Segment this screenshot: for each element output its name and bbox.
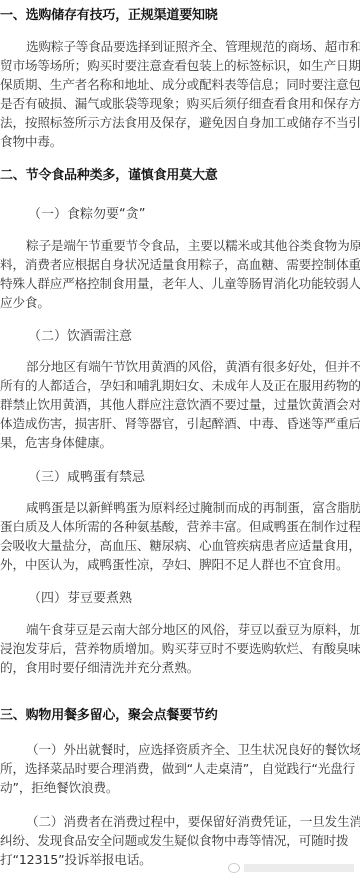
watermark-blurred-text <box>244 864 354 872</box>
paragraph-line: 会吸收大量盐分，高血压、糖尿病、心血管疾病患者应适量食用，另 <box>0 536 360 555</box>
paragraph-line: 群禁止饮用黄酒，其他人群应注意饮酒不要过量，过量饮黄酒会对身 <box>0 395 360 414</box>
section-3-item-1: （一）外出就餐时，应选择资质齐全、卫生状况良好的餐饮场 所，选择菜品时要合理消费… <box>0 740 360 797</box>
paragraph-line: 是否有破损、漏气或胀袋等现象；购买后须仔细查看食用和保存方 <box>0 94 360 113</box>
paragraph-line: 体造成伤害，损害肝、肾等器官，引起醉酒、中毒、昏迷等严重后 <box>0 414 360 433</box>
subsection-title-alcohol: （二）饮酒需注意 <box>28 325 132 344</box>
paragraph-line: （一）外出就餐时，应选择资质齐全、卫生状况良好的餐饮场 <box>0 740 360 759</box>
section-1-paragraph: 选购粽子等食品要选择到证照齐全、管理规范的商场、超市和农 贸市场等场所；购买时要… <box>0 37 360 151</box>
subsection-paragraph-zongzi: 粽子是端午节重要节令食品，主要以糯米或其他谷类食物为原 料，消费者应根据自身状况… <box>0 236 360 312</box>
paragraph-line: 食物中毒。 <box>0 132 360 151</box>
paragraph-line: 粽子是端午节重要节令食品，主要以糯米或其他谷类食物为原 <box>0 236 360 255</box>
paragraph-line: 特殊人群应严格控制食用量，老年人、儿童等肠胃消化功能较弱人群 <box>0 274 360 293</box>
paragraph-line: 保质期、生产者名称和地址、成分或配料表等信息；同时要注意包装 <box>0 75 360 94</box>
paragraph-line: 所，选择菜品时要合理消费，做到“人走桌清”，自觉践行“光盘行 <box>0 759 360 778</box>
section-heading-1: 一、选购储存有技巧，正规渠道要知晓 <box>0 4 218 23</box>
paragraph-line: 选购粽子等食品要选择到证照齐全、管理规范的商场、超市和农 <box>0 37 360 56</box>
paragraph-line: 贸市场等场所；购买时要注意查看包装上的标签标识，如生产日期、 <box>0 56 360 75</box>
paragraph-line: 应少食。 <box>0 293 360 312</box>
subsection-title-zongzi: （一）食粽勿要“贪” <box>28 203 145 222</box>
paragraph-line: 咸鸭蛋是以新鲜鸭蛋为原料经过腌制而成的再制蛋，富含脂肪、 <box>0 498 360 517</box>
paragraph-line: 料，消费者应根据自身状况适量食用粽子，高血糖、需要控制体重等 <box>0 255 360 274</box>
section-3-item-2: （二）消费者在消费过程中，要保留好消费凭证，一旦发生消费 纠纷、发现食品安全问题… <box>0 812 360 869</box>
paragraph-line: （二）消费者在消费过程中，要保留好消费凭证，一旦发生消费 <box>0 812 360 831</box>
subsection-title-sprouted-beans: （四）芽豆要煮熟 <box>28 587 132 606</box>
section-heading-3: 三、购物用餐多留心，聚会点餐要节约 <box>0 704 218 723</box>
subsection-paragraph-alcohol: 部分地区有端午节饮用黄酒的风俗，黄酒有很多好处，但并不是 所有的人都适合，孕妇和… <box>0 357 360 452</box>
subsection-title-salted-egg: （三）咸鸭蛋有禁忌 <box>28 466 145 485</box>
paragraph-line: 部分地区有端午节饮用黄酒的风俗，黄酒有很多好处，但并不是 <box>0 357 360 376</box>
paragraph-line: 所有的人都适合，孕妇和哺乳期妇女、未成年人及正在服用药物的人 <box>0 376 360 395</box>
weibo-logo-icon <box>228 863 240 873</box>
paragraph-line: 浸泡发芽后，营养物质增加。购买芽豆时不要选购软烂、有酸臭味 <box>0 639 360 658</box>
paragraph-line: 外，中医认为，咸鸭蛋性凉，孕妇、脾阳不足人群也不宜食用。 <box>0 555 360 574</box>
section-heading-2: 二、节令食品种类多，谨慎食用莫大意 <box>0 164 218 183</box>
paragraph-line: 端午食芽豆是云南大部分地区的风俗，芽豆以蚕豆为原料，加水 <box>0 620 360 639</box>
paragraph-line: 动”，拒绝餐饮浪费。 <box>0 778 360 797</box>
subsection-paragraph-salted-egg: 咸鸭蛋是以新鲜鸭蛋为原料经过腌制而成的再制蛋，富含脂肪、 蛋白质及人体所需的各种… <box>0 498 360 574</box>
subsection-paragraph-sprouted-beans: 端午食芽豆是云南大部分地区的风俗，芽豆以蚕豆为原料，加水 浸泡发芽后，营养物质增… <box>0 620 360 677</box>
paragraph-line: 的，食用时要仔细清洗并充分煮熟。 <box>0 658 360 677</box>
paragraph-line: 果，危害身体健康。 <box>0 433 360 452</box>
paragraph-line: 纠纷、发现食品安全问题或发生疑似食物中毒等情况，可随时拨 <box>0 831 360 850</box>
paragraph-line: 法，按照标签所示方法食用及保存，避免因自身加工或储存不当引起 <box>0 113 360 132</box>
watermark <box>228 863 354 874</box>
paragraph-line: 蛋白质及人体所需的各种氨基酸，营养丰富。但咸鸭蛋在制作过程中 <box>0 517 360 536</box>
